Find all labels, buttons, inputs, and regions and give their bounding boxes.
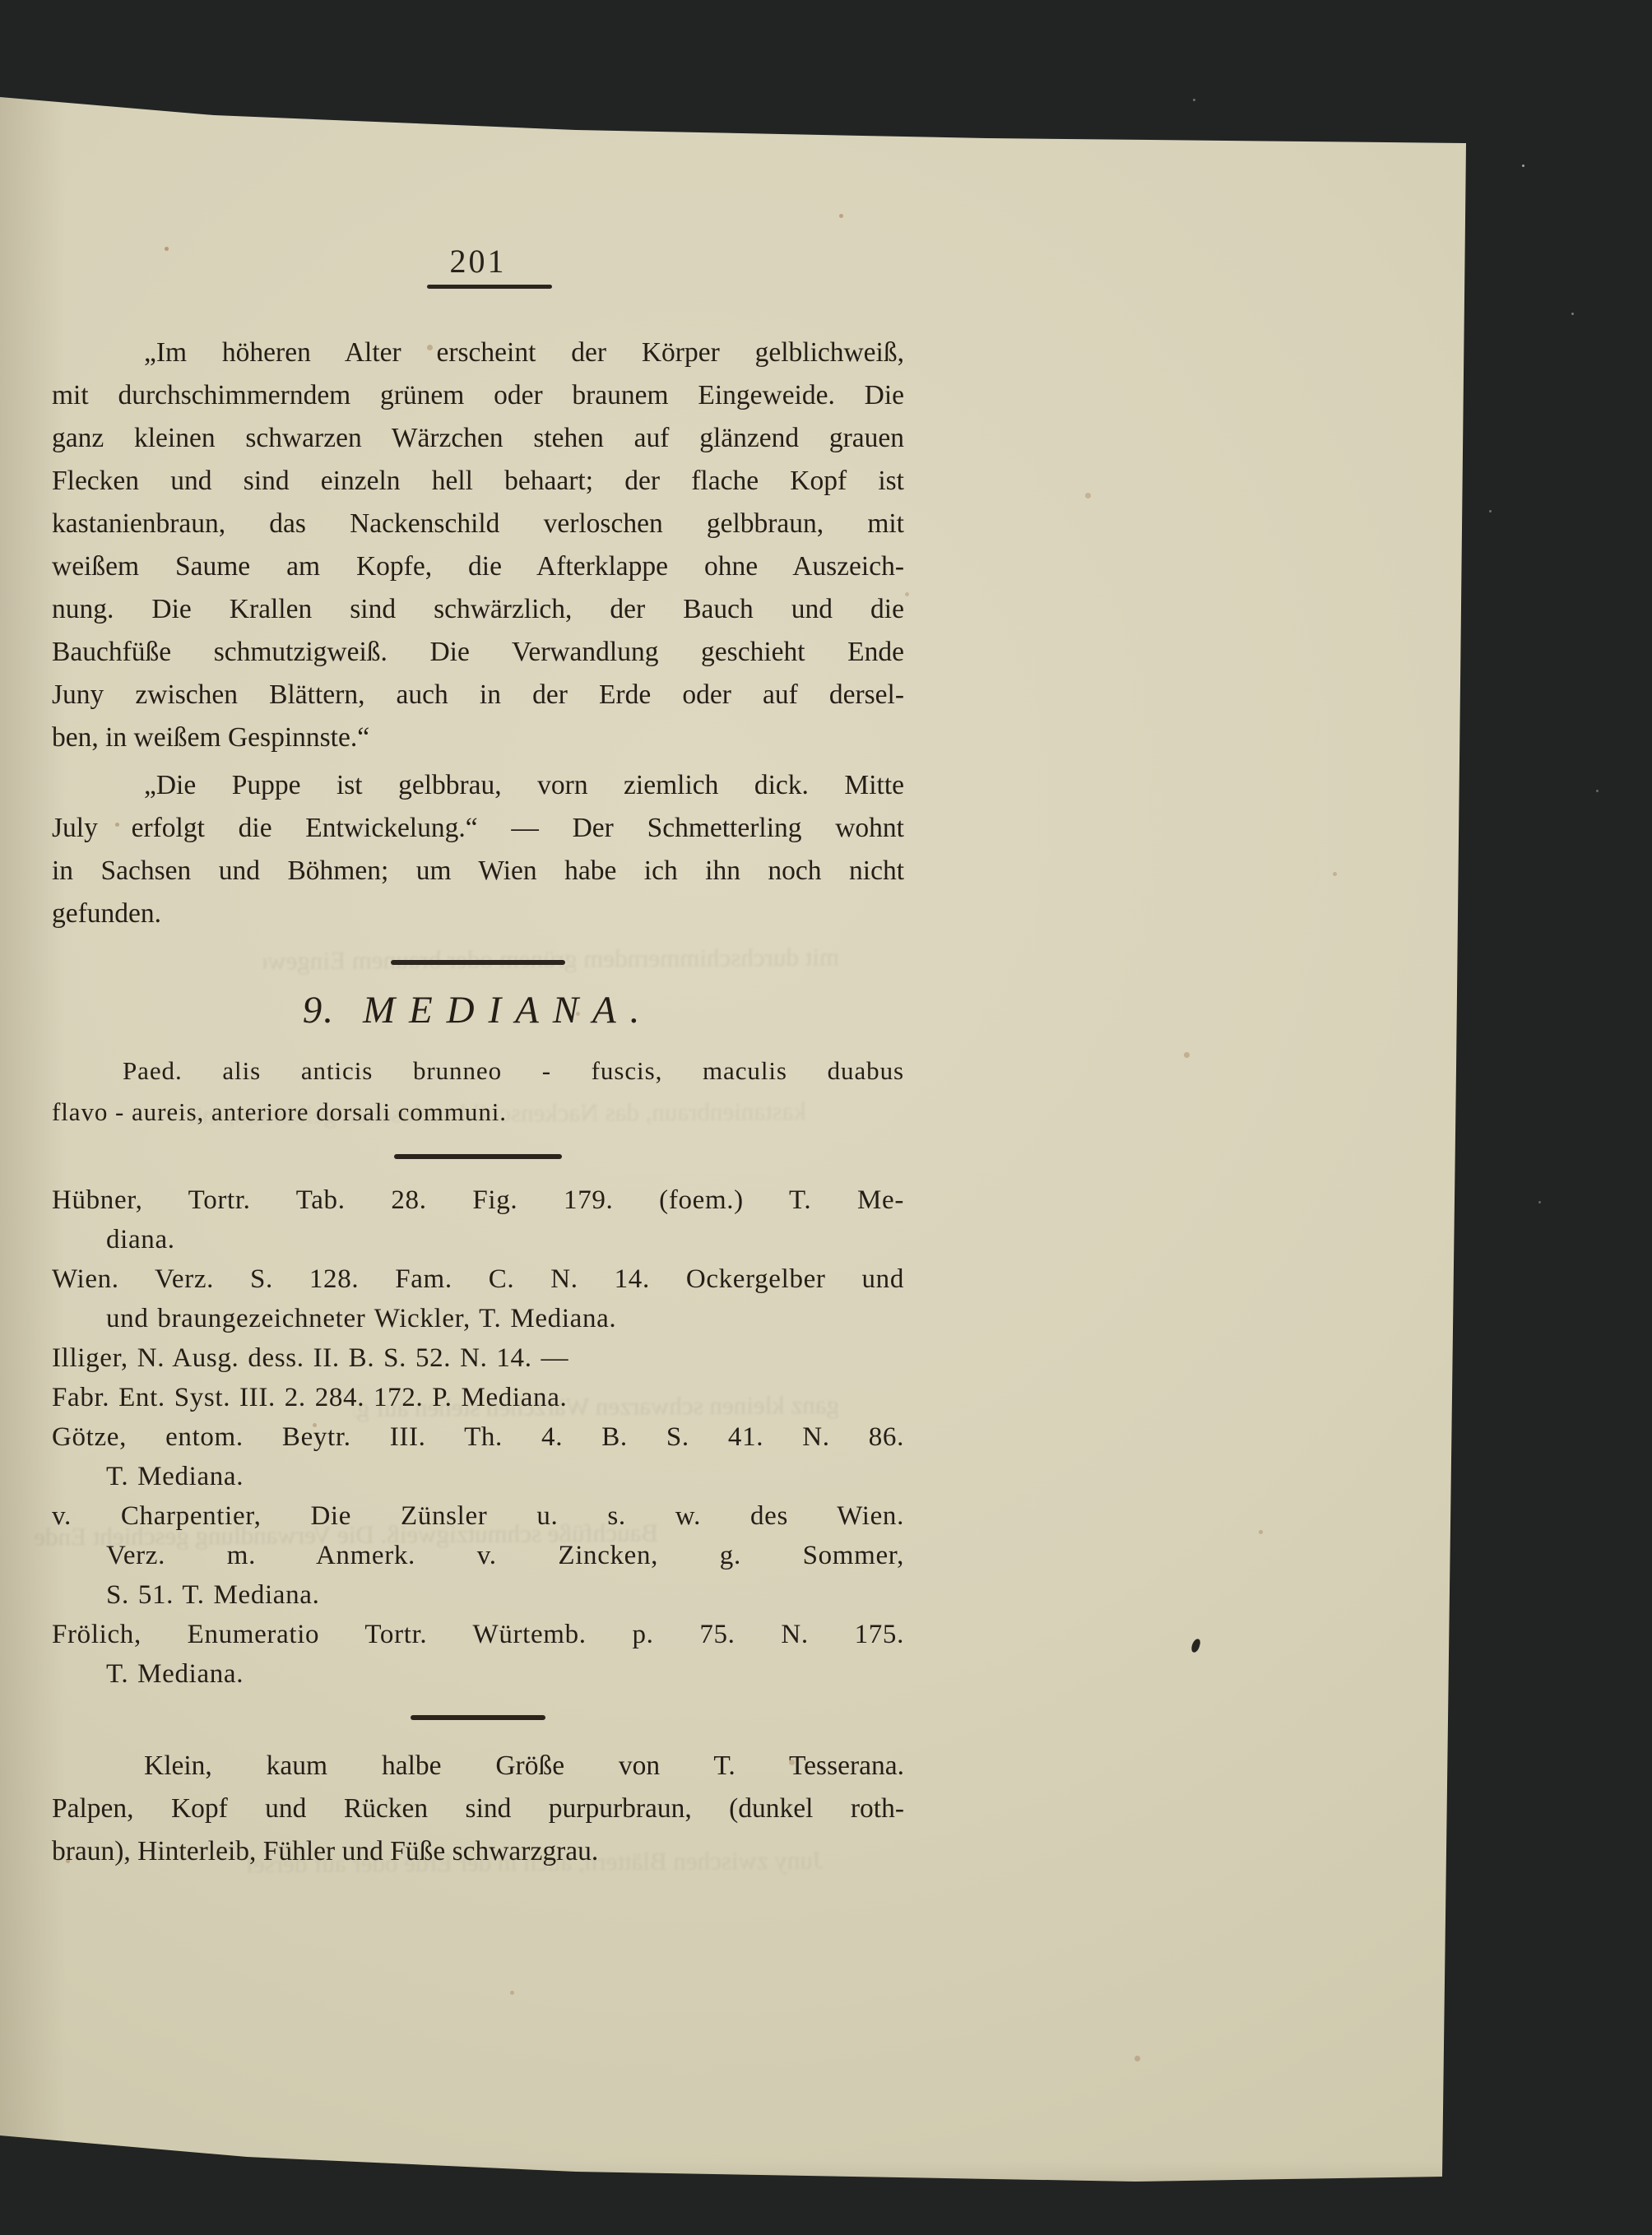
section-divider-3 — [411, 1715, 545, 1720]
reference-line: Frölich, Enumeratio Tortr. Würtemb. p. 7… — [52, 1615, 904, 1654]
reference-line: T. Mediana. — [52, 1457, 904, 1496]
text-line: kastanienbraun, das Nackenschild verlosc… — [52, 503, 904, 545]
text-line: July erfolgt die Entwickelung.“ — Der Sc… — [52, 807, 904, 850]
reference-entry: Hübner, Tortr. Tab. 28. Fig. 179. (foem.… — [52, 1180, 904, 1259]
text-line: Flecken und sind einzeln hell behaart; d… — [52, 460, 904, 503]
section-divider-2 — [394, 1154, 562, 1159]
reference-line: und braungezeichneter Wickler, T. Median… — [52, 1299, 904, 1338]
text-line: Juny zwischen Blättern, auch in der Erde… — [52, 674, 904, 716]
text-line: ganz kleinen schwarzen Wärzchen stehen a… — [52, 417, 904, 460]
reference-entry: Illiger, N. Ausg. dess. II. B. S. 52. N.… — [52, 1338, 904, 1378]
reference-entry: Götze, entom. Beytr. III. Th. 4. B. S. 4… — [52, 1417, 904, 1496]
text-line: „Die Puppe ist gelbbrau, vorn ziemlich d… — [52, 764, 904, 807]
species-number: 9. — [303, 989, 335, 1032]
page-number: 201 — [52, 242, 904, 281]
reference-line: Fabr. Ent. Syst. III. 2. 284. 172. P. Me… — [52, 1378, 904, 1417]
text-line: Klein, kaum halbe Größe von T. Tesserana… — [52, 1745, 904, 1788]
text-line: braun), Hinterleib, Fühler und Füße schw… — [52, 1830, 904, 1873]
page-number-rule — [427, 285, 552, 289]
reference-line: Wien. Verz. S. 128. Fam. C. N. 14. Ocker… — [52, 1259, 904, 1299]
reference-entry: v. Charpentier, Die Zünsler u. s. w. des… — [52, 1496, 904, 1615]
reference-entry: Fabr. Ent. Syst. III. 2. 284. 172. P. Me… — [52, 1378, 904, 1417]
text-line: flavo - aureis, anteriore dorsali commun… — [52, 1092, 904, 1133]
reference-line: T. Mediana. — [52, 1654, 904, 1694]
text-line: Palpen, Kopf und Rücken sind purpurbraun… — [52, 1788, 904, 1830]
species-name: MEDIANA. — [363, 989, 653, 1032]
reference-line: S. 51. T. Mediana. — [52, 1575, 904, 1615]
section-divider-1 — [391, 960, 565, 965]
references-list: Hübner, Tortr. Tab. 28. Fig. 179. (foem.… — [52, 1180, 904, 1694]
book-page: mit durchschimmerndem grünem oder braune… — [0, 0, 1652, 2235]
scan-dust-specks — [1522, 165, 1524, 167]
reference-entry: Frölich, Enumeratio Tortr. Würtemb. p. 7… — [52, 1615, 904, 1694]
text-line: „Im höheren Alter erscheint der Körper g… — [52, 332, 904, 374]
reference-line: diana. — [52, 1220, 904, 1259]
text-line: mit durchschimmerndem grünem oder braune… — [52, 374, 904, 417]
paragraph-adult-description: Klein, kaum halbe Größe von T. Tesserana… — [52, 1745, 904, 1873]
text-line: nung. Die Krallen sind schwärzlich, der … — [52, 588, 904, 631]
reference-line: Illiger, N. Ausg. dess. II. B. S. 52. N.… — [52, 1338, 904, 1378]
reference-line: Götze, entom. Beytr. III. Th. 4. B. S. 4… — [52, 1417, 904, 1457]
text-line: weißem Saume am Kopfe, die Afterklappe o… — [52, 545, 904, 588]
species-heading: 9.MEDIANA. — [52, 986, 904, 1034]
text-line: Paed. alis anticis brunneo - fuscis, mac… — [52, 1050, 904, 1092]
text-line: in Sachsen und Böhmen; um Wien habe ich … — [52, 850, 904, 893]
text-line: ben, in weißem Gespinnste.“ — [52, 716, 904, 759]
text-column: 201 „Im höheren Alter erscheint der Körp… — [52, 0, 904, 1873]
latin-diagnosis: Paed. alis anticis brunneo - fuscis, mac… — [52, 1050, 904, 1133]
paragraph-pupa-description: „Die Puppe ist gelbbrau, vorn ziemlich d… — [52, 764, 904, 935]
ink-blot — [1190, 1638, 1201, 1653]
text-line: gefunden. — [52, 893, 904, 935]
reference-line: Verz. m. Anmerk. v. Zincken, g. Sommer, — [52, 1536, 904, 1575]
text-line: Bauchfüße schmutzigweiß. Die Verwandlung… — [52, 631, 904, 674]
reference-line: v. Charpentier, Die Zünsler u. s. w. des… — [52, 1496, 904, 1536]
paragraph-larva-description: „Im höheren Alter erscheint der Körper g… — [52, 332, 904, 759]
reference-line: Hübner, Tortr. Tab. 28. Fig. 179. (foem.… — [52, 1180, 904, 1220]
reference-entry: Wien. Verz. S. 128. Fam. C. N. 14. Ocker… — [52, 1259, 904, 1338]
